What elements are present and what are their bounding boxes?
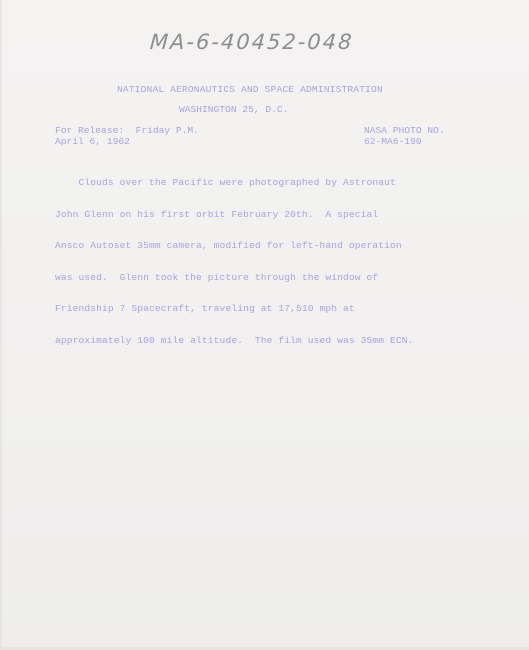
caption-line: John Glenn on his first orbit February 2… bbox=[55, 210, 414, 221]
handwritten-archive-id: MA-6-40452-048 bbox=[149, 30, 354, 54]
paper-edge-left bbox=[0, 0, 3, 650]
caption-line: approximately 100 mile altitude. The fil… bbox=[55, 336, 414, 347]
photo-number: 62-MA6-190 bbox=[364, 137, 422, 148]
release-date: April 6, 1962 bbox=[55, 137, 130, 148]
caption-line: Friendship 7 Spacecraft, traveling at 17… bbox=[55, 304, 414, 315]
caption-line: Clouds over the Pacific were photographe… bbox=[55, 178, 414, 189]
caption-line: Ansco Autoset 35mm camera, modified for … bbox=[55, 241, 414, 252]
agency-location: WASHINGTON 25, D.C. bbox=[179, 105, 288, 116]
caption-paragraph: Clouds over the Pacific were photographe… bbox=[55, 157, 414, 367]
agency-heading: NATIONAL AERONAUTICS AND SPACE ADMINISTR… bbox=[117, 85, 383, 96]
release-label: For Release: Friday P.M. bbox=[55, 126, 199, 137]
caption-line: was used. Glenn took the picture through… bbox=[55, 273, 414, 284]
photo-number-label: NASA PHOTO NO. bbox=[364, 126, 445, 137]
paper-sheet: MA-6-40452-048 NATIONAL AERONAUTICS AND … bbox=[0, 0, 529, 650]
